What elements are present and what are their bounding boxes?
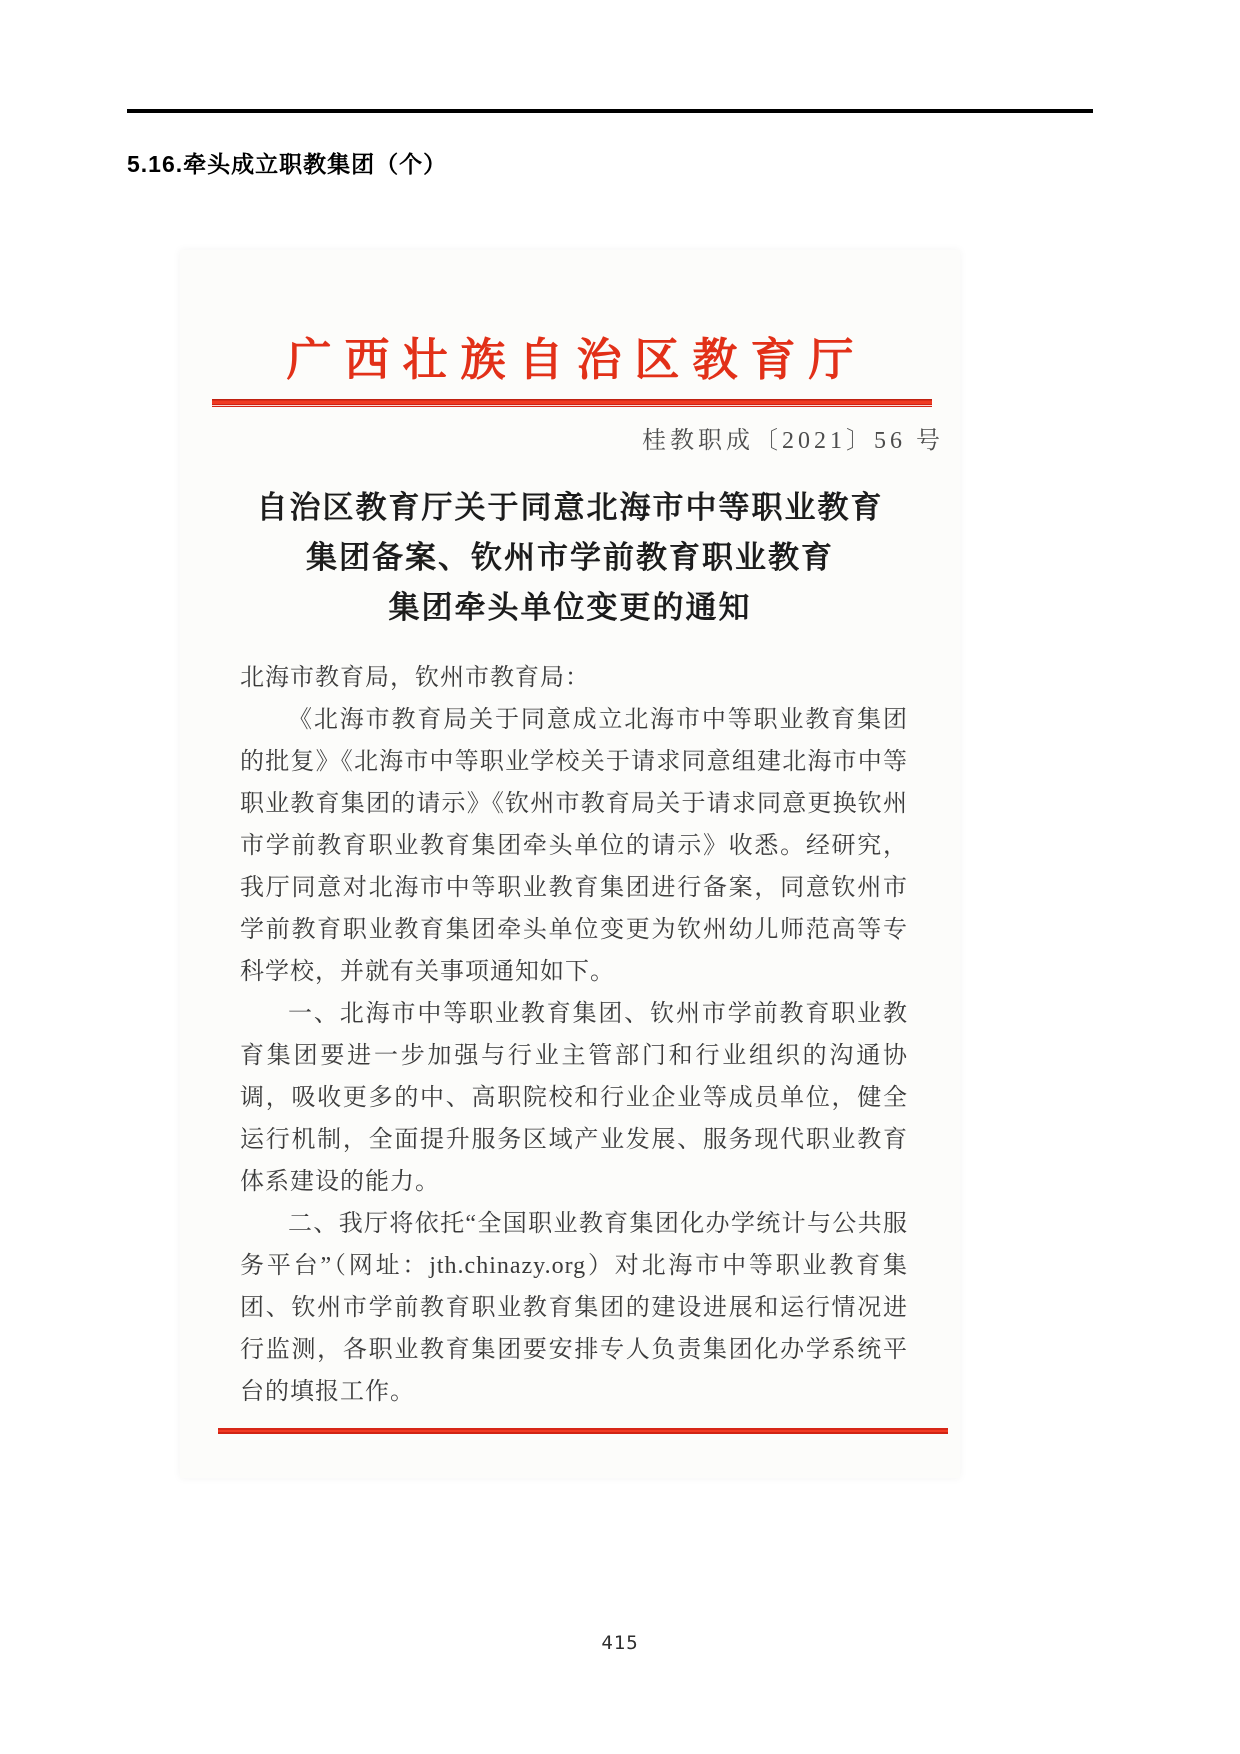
body-paragraph-3: 二、我厅将依托“全国职业教育集团化办学统计与公共服务平台”（网址：jth.chi…: [240, 1203, 908, 1413]
page-top-rule: [127, 109, 1093, 113]
letterhead-red-rule: [212, 399, 932, 407]
body-paragraph-2: 一、北海市中等职业教育集团、钦州市学前教育职业教育集团要进一步加强与行业主管部门…: [240, 993, 908, 1203]
document-title-line-1: 自治区教育厅关于同意北海市中等职业教育: [200, 483, 940, 533]
agency-letterhead-title: 广西壮族自治区教育厅: [180, 334, 960, 386]
salutation: 北海市教育局，钦州市教育局：: [240, 657, 908, 699]
document-title: 自治区教育厅关于同意北海市中等职业教育 集团备案、钦州市学前教育职业教育 集团牵…: [200, 483, 940, 633]
document-body: 北海市教育局，钦州市教育局： 《北海市教育局关于同意成立北海市中等职业教育集团的…: [240, 657, 908, 1413]
section-heading: 5.16.牵头成立职教集团（个）: [127, 146, 447, 179]
page-number: 415: [0, 1632, 1240, 1654]
document-title-line-3: 集团牵头单位变更的通知: [200, 583, 940, 633]
document-reference-number: 桂教职成〔2021〕56 号: [180, 420, 944, 455]
body-paragraph-1: 《北海市教育局关于同意成立北海市中等职业教育集团的批复》《北海市中等职业学校关于…: [240, 699, 908, 993]
scanned-document: 广西壮族自治区教育厅 桂教职成〔2021〕56 号 自治区教育厅关于同意北海市中…: [180, 250, 960, 1478]
document-footer-red-rule: [218, 1428, 948, 1434]
document-title-line-2: 集团备案、钦州市学前教育职业教育: [200, 533, 940, 583]
